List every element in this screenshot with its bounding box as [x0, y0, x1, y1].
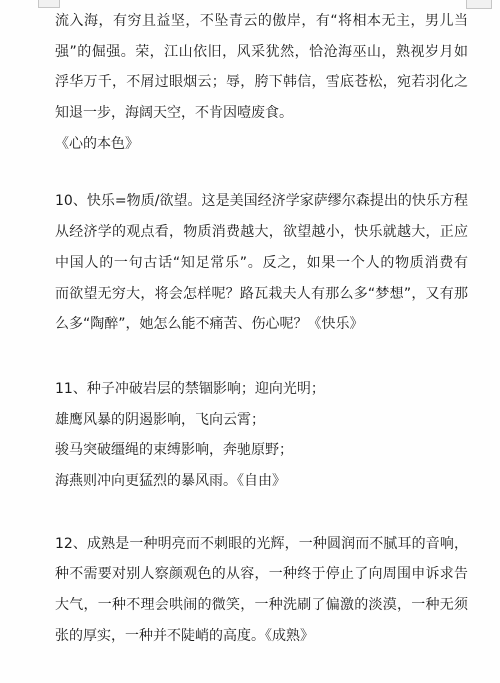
paragraph-quote-11: 11、种子冲破岩层的禁锢影响；迎向光明； 雄鹰风暴的阴遏影响，飞向云霄； 骏马突… [55, 374, 468, 497]
text-line: 而欲望无穷大，将会怎样呢？路瓦栽夫人有那么多“梦想”，又有那 [55, 279, 468, 310]
text-line: 大气，一种不理会哄闹的微笑，一种洗刷了偏激的淡漠，一种无须声 [55, 590, 468, 621]
text-line: 海燕则冲向更猛烈的暴风雨。《自由》 [55, 466, 468, 497]
text-line: 11、种子冲破岩层的禁锢影响；迎向光明； [55, 374, 468, 405]
text-line: 流入海，有穷且益坚，不坠青云的傲岸，有“将相本无主，男儿当自 [55, 6, 468, 37]
text-line: 12、成熟是一种明亮而不刺眼的光辉，一种圆润而不腻耳的音响，一 [55, 529, 468, 560]
document-text-area: 流入海，有穷且益坚，不坠青云的傲岸，有“将相本无主，男儿当自 强”的倔强。荣，江… [55, 6, 468, 651]
text-line: 10、快乐=物质/欲望。这是美国经济学家萨缪尔森提出的快乐方程式。 [55, 186, 468, 217]
text-line: 强”的倔强。荣，江山依旧，风采犹然，恰沧海巫山，熟视岁月如流， [55, 37, 468, 68]
text-line: 从经济学的观点看，物质消费越大，欲望越小，快乐就越大，正应了 [55, 217, 468, 248]
text-line: 种不需要对别人察颜观色的从容，一种终于停止了向周围申诉求告的 [55, 559, 468, 590]
text-line: 中国人的一句古话“知足常乐”。反之，如果一个人的物质消费有限， [55, 248, 468, 279]
text-line: 雄鹰风暴的阴遏影响，飞向云霄； [55, 405, 468, 436]
paragraph-quote-12: 12、成熟是一种明亮而不刺眼的光辉，一种圆润而不腻耳的音响，一 种不需要对别人察… [55, 529, 468, 652]
text-line: 知退一步，海阔天空，不肯因噎废食。 [55, 98, 468, 129]
text-line: 张的厚实，一种并不陡峭的高度。《成熟》 [55, 621, 468, 652]
paragraph-quote-9-continuation: 流入海，有穷且益坚，不坠青云的傲岸，有“将相本无主，男儿当自 强”的倔强。荣，江… [55, 6, 468, 159]
source-title-line: 《心的本色》 [55, 129, 468, 160]
text-line: 骏马突破缰绳的束缚影响，奔驰原野； [55, 435, 468, 466]
text-line: 浮华万千，不屑过眼烟云；辱，胯下韩信，雪底苍松，宛若羽化之仙， [55, 67, 468, 98]
text-line: 么多“陶醉”，她怎么能不痛苦、伤心呢？《快乐》 [55, 309, 468, 340]
document-page: 流入海，有穷且益坚，不坠青云的傲岸，有“将相本无主，男儿当自 强”的倔强。荣，江… [0, 0, 500, 683]
paragraph-quote-10: 10、快乐=物质/欲望。这是美国经济学家萨缪尔森提出的快乐方程式。 从经济学的观… [55, 186, 468, 339]
page-corner-artifact-right [466, 0, 492, 9]
